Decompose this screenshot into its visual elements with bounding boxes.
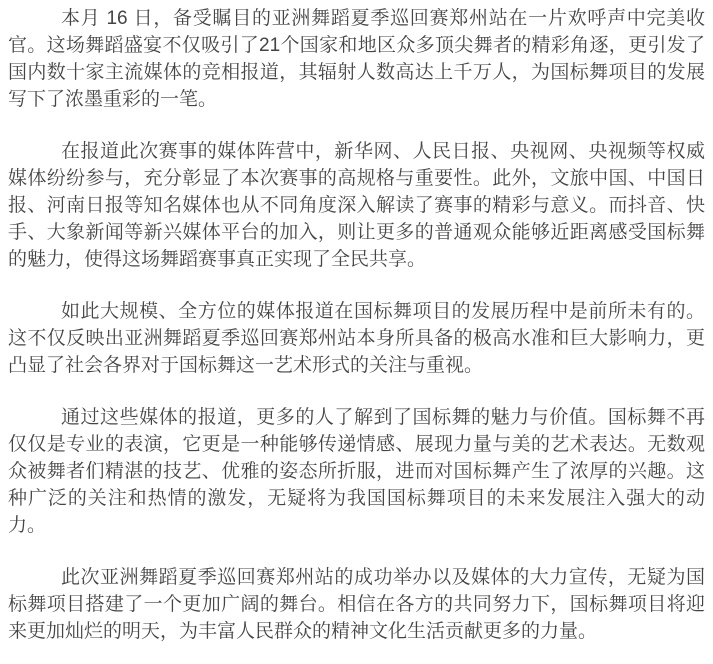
paragraph-1: 本月 16 日，备受瞩目的亚洲舞蹈夏季巡回赛郑州站在一片欢呼声中完美收官。这场舞… [8, 5, 705, 113]
paragraph-3: 如此大规模、全方位的媒体报道在国标舞项目的发展历程中是前所未有的。这不仅反映出亚… [8, 298, 705, 379]
article-body: 本月 16 日，备受瞩目的亚洲舞蹈夏季巡回赛郑州站在一片欢呼声中完美收官。这场舞… [0, 0, 713, 645]
paragraph-4: 通过这些媒体的报道，更多的人了解到了国标舞的魅力与价值。国标舞不再仅仅是专业的表… [8, 404, 705, 539]
paragraph-5: 此次亚洲舞蹈夏季巡回赛郑州站的成功举办以及媒体的大力宣传，无疑为国标舞项目搭建了… [8, 564, 705, 645]
paragraph-2: 在报道此次赛事的媒体阵营中，新华网、人民日报、央视网、央视频等权威媒体纷纷参与，… [8, 138, 705, 273]
